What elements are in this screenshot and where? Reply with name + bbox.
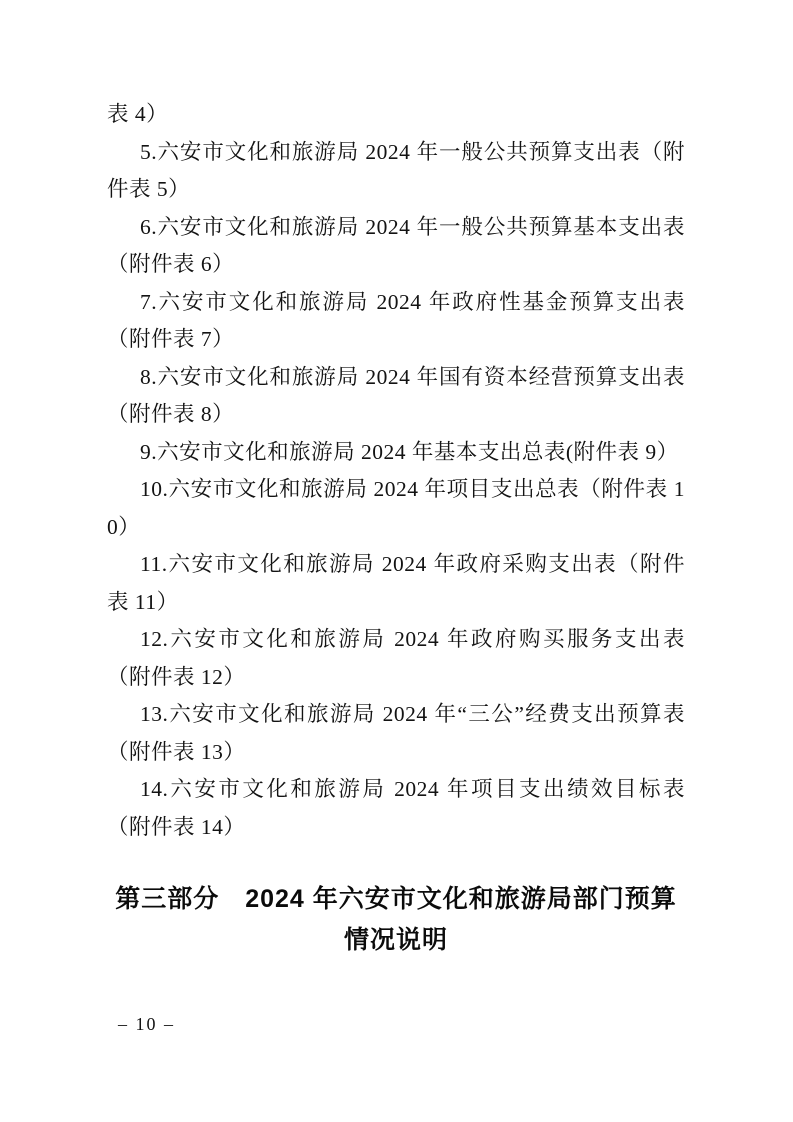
page-number: – 10 – xyxy=(118,1011,175,1037)
attachment-list-item: 6.六安市文化和旅游局 2024 年一般公共预算基本支出表（附件表 6） xyxy=(107,209,685,284)
attachment-list-item: 9.六安市文化和旅游局 2024 年基本支出总表(附件表 9） xyxy=(107,434,685,472)
section-heading: 第三部分 2024 年六安市文化和旅游局部门预算情况说明 xyxy=(107,879,685,961)
attachment-list-item: 14.六安市文化和旅游局 2024 年项目支出绩效目标表（附件表 14） xyxy=(107,771,685,846)
attachment-list: 表 4）5.六安市文化和旅游局 2024 年一般公共预算支出表（附件表 5）6.… xyxy=(107,96,685,846)
attachment-list-item: 8.六安市文化和旅游局 2024 年国有资本经营预算支出表（附件表 8） xyxy=(107,359,685,434)
attachment-list-item: 5.六安市文化和旅游局 2024 年一般公共预算支出表（附件表 5） xyxy=(107,134,685,209)
attachment-list-item: 11.六安市文化和旅游局 2024 年政府采购支出表（附件表 11） xyxy=(107,546,685,621)
attachment-list-item: 表 4） xyxy=(107,96,685,134)
attachment-list-item: 13.六安市文化和旅游局 2024 年“三公”经费支出预算表（附件表 13） xyxy=(107,696,685,771)
attachment-list-item: 7.六安市文化和旅游局 2024 年政府性基金预算支出表（附件表 7） xyxy=(107,284,685,359)
attachment-list-item: 10.六安市文化和旅游局 2024 年项目支出总表（附件表 10） xyxy=(107,471,685,546)
page-content: 表 4）5.六安市文化和旅游局 2024 年一般公共预算支出表（附件表 5）6.… xyxy=(107,96,685,961)
document-page: 表 4）5.六安市文化和旅游局 2024 年一般公共预算支出表（附件表 5）6.… xyxy=(0,0,793,1122)
attachment-list-item: 12.六安市文化和旅游局 2024 年政府购买服务支出表（附件表 12） xyxy=(107,621,685,696)
